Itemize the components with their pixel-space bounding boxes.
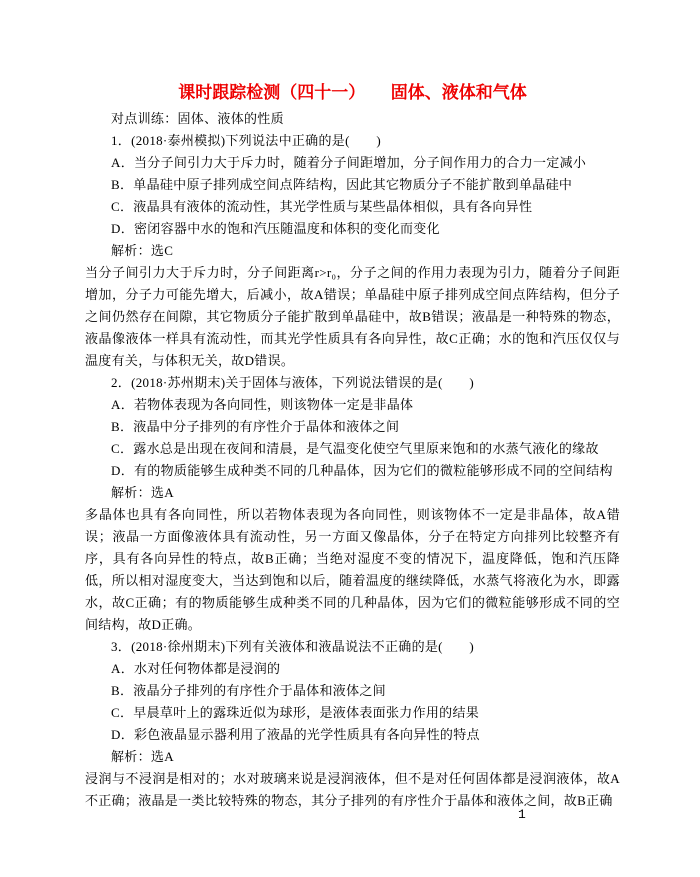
question-stem: 3．(2018·徐州期末)下列有关液体和液晶说法不正确的是( )	[85, 636, 620, 658]
question-stem: 1．(2018·泰州模拟)下列说法中正确的是( )	[85, 130, 620, 152]
option-c: C．早晨草叶上的露珠近似为球形，是液体表面张力作用的结果	[85, 702, 620, 724]
explanation-paragraph: 当分子间引力大于斥力时，分子间距离r>r₀，分子之间的作用力表现为引力，随着分子…	[85, 262, 620, 372]
question-block-3: 3．(2018·徐州期末)下列有关液体和液晶说法不正确的是( ) A．水对任何物…	[85, 636, 620, 812]
option-a: A．若物体表现为各向同性，则该物体一定是非晶体	[85, 394, 620, 416]
page-title: 课时跟踪检测（四十一） 固体、液体和气体	[85, 82, 620, 104]
option-a: A．水对任何物体都是浸润的	[85, 658, 620, 680]
option-c: C．露水总是出现在夜间和清晨，是气温变化使空气里原来饱和的水蒸气液化的缘故	[85, 438, 620, 460]
question-stem: 2．(2018·苏州期末)关于固体与液体，下列说法错误的是( )	[85, 372, 620, 394]
option-d: D．有的物质能够生成种类不同的几种晶体，因为它们的微粒能够形成不同的空间结构	[85, 460, 620, 482]
answer-line: 解析：选A	[85, 746, 620, 768]
document-content: 课时跟踪检测（四十一） 固体、液体和气体 对点训练：固体、液体的性质 1．(20…	[85, 82, 620, 812]
page-number: 1	[518, 806, 526, 824]
question-block-1: 1．(2018·泰州模拟)下列说法中正确的是( ) A．当分子间引力大于斥力时，…	[85, 130, 620, 372]
explanation-paragraph: 多晶体也具有各向同性，所以若物体表现为各向同性，则该物体不一定是非晶体，故A错误…	[85, 504, 620, 636]
document-page: 课时跟踪检测（四十一） 固体、液体和气体 对点训练：固体、液体的性质 1．(20…	[0, 0, 700, 877]
section-subheading: 对点训练：固体、液体的性质	[85, 108, 620, 130]
option-c: C．液晶具有液体的流动性，其光学性质与某些晶体相似，具有各向异性	[85, 196, 620, 218]
explanation-paragraph: 浸润与不浸润是相对的；水对玻璃来说是浸润液体，但不是对任何固体都是浸润液体，故A…	[85, 768, 620, 812]
option-d: D．密闭容器中水的饱和汽压随温度和体积的变化而变化	[85, 218, 620, 240]
question-block-2: 2．(2018·苏州期末)关于固体与液体，下列说法错误的是( ) A．若物体表现…	[85, 372, 620, 636]
option-b: B．液晶中分子排列的有序性介于晶体和液体之间	[85, 416, 620, 438]
option-d: D．彩色液晶显示器利用了液晶的光学性质具有各向异性的特点	[85, 724, 620, 746]
option-a: A．当分子间引力大于斥力时，随着分子间距增加，分子间作用力的合力一定减小	[85, 152, 620, 174]
answer-line: 解析：选A	[85, 482, 620, 504]
option-b: B．液晶分子排列的有序性介于晶体和液体之间	[85, 680, 620, 702]
answer-line: 解析：选C	[85, 240, 620, 262]
option-b: B．单晶硅中原子排列成空间点阵结构，因此其它物质分子不能扩散到单晶硅中	[85, 174, 620, 196]
